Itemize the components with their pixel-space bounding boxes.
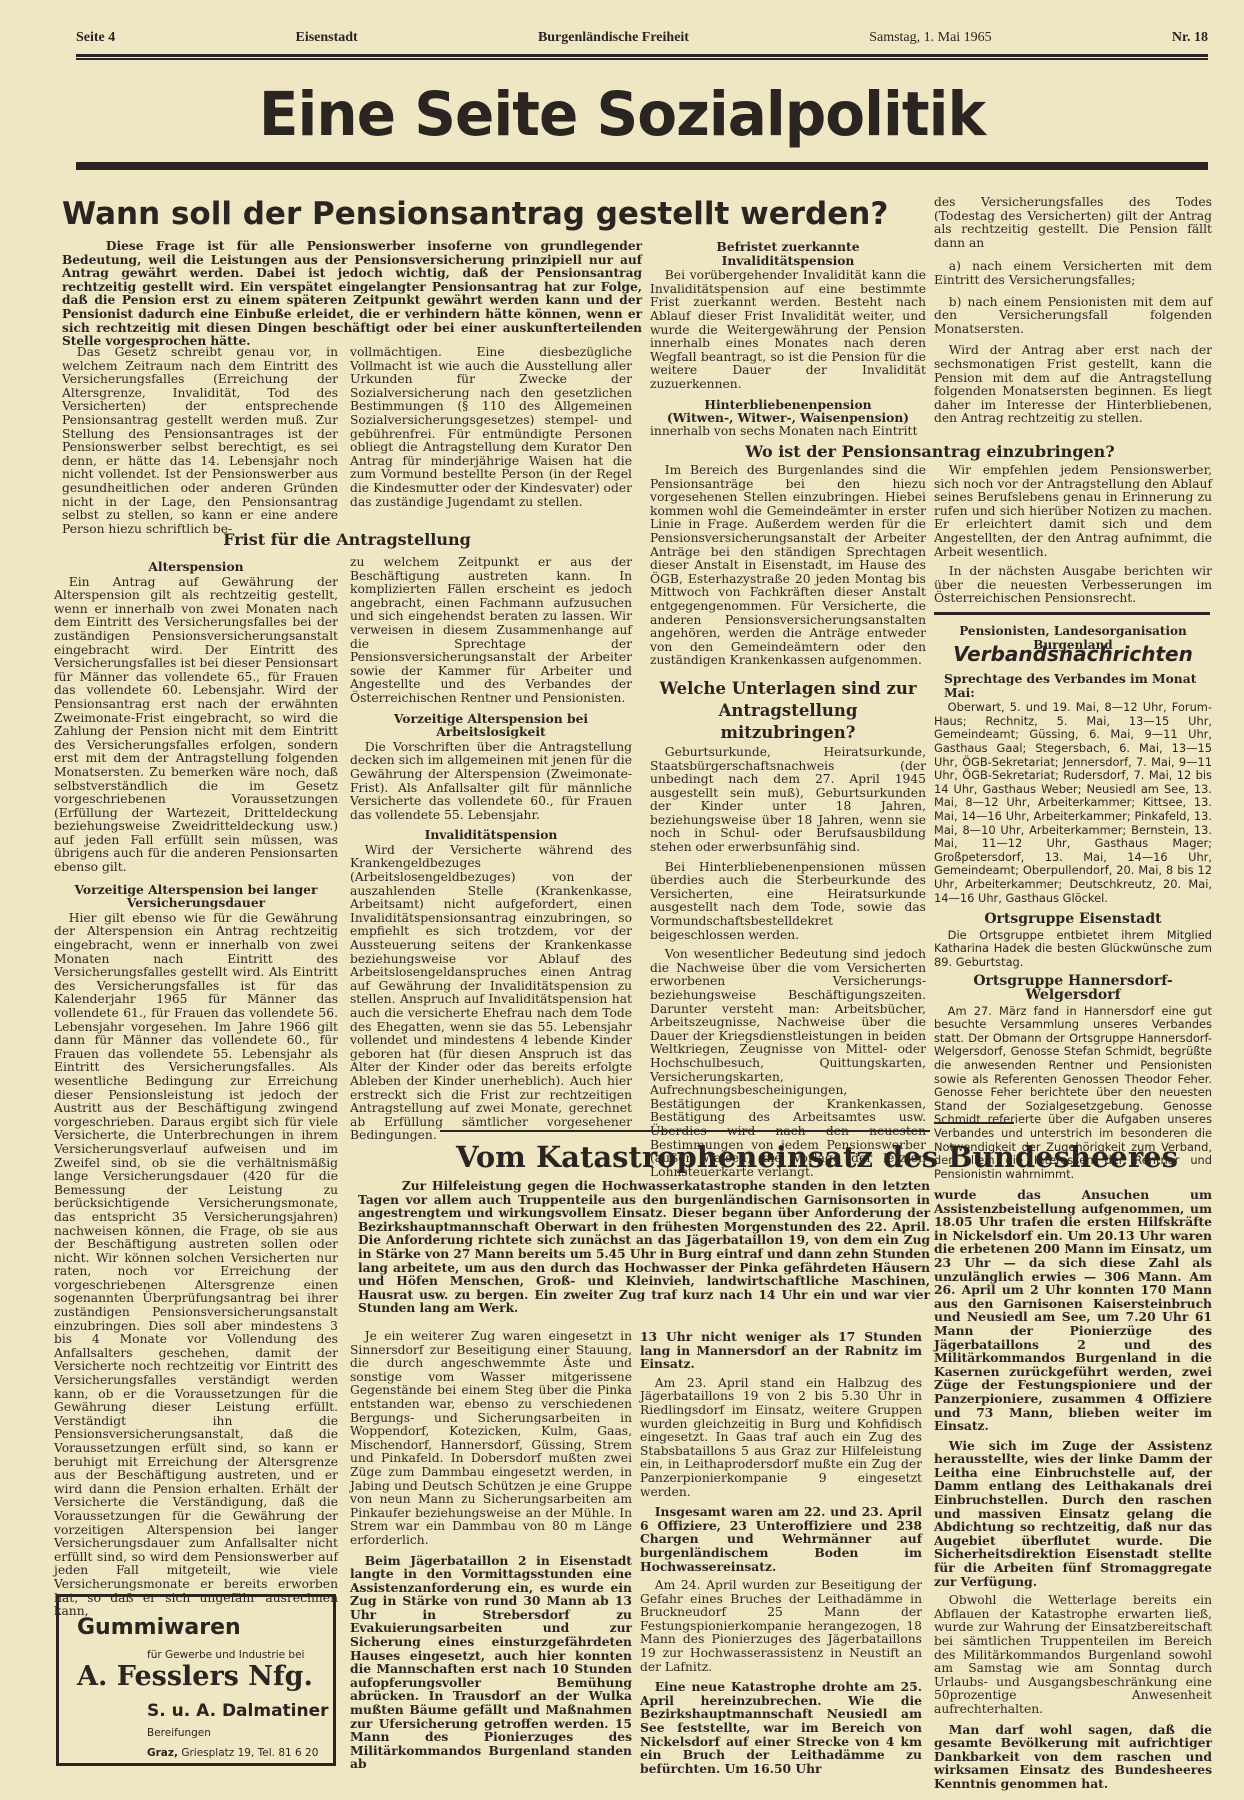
- unterlagen-paragraph-2: Bei Hinterbliebenenpensionen müssen über…: [650, 861, 926, 943]
- subheading-invaliditaetspension: Invaliditätspension: [350, 828, 632, 842]
- next-issue-note: In der nächsten Ausgabe berichten wir üb…: [934, 565, 1212, 606]
- advertisement-gummiwaren: Gummiwaren für Gewerbe und Industrie bei…: [56, 1594, 336, 1766]
- column-3-middle: Im Bereich des Burgenlandes sind die Pen…: [650, 464, 926, 1185]
- intro-column-2: vollmächtigen. Eine diesbezügliche Vollm…: [350, 346, 632, 515]
- hinterbliebenen-text-start: innerhalb von sechs Monaten nach Eintrit…: [650, 425, 926, 439]
- article2-paragraph: wurde das Ansuchen um Assistenzbeistellu…: [934, 1188, 1212, 1433]
- article2-top-rule-right: [934, 1122, 1014, 1124]
- arbeitslosigkeit-text: Die Vorschriften über die Antragstellung…: [350, 741, 632, 823]
- column-4-top: des Versicherungsfalles des Todes (Todes…: [934, 196, 1212, 432]
- subheading-arbeitslosigkeit: Vorzeitige Alterspension bei Arbeitslosi…: [350, 712, 632, 739]
- title-rule: [76, 162, 1208, 170]
- issue-date: Samstag, 1. Mai 1965: [869, 30, 992, 46]
- ad-headline: Gummiwaren: [77, 1615, 241, 1640]
- article2-paragraph: Beim Jägerbataillon 2 in Eisenstadt lang…: [350, 1554, 632, 1772]
- ad-street-phone: Griesplatz 19, Tel. 81 6 20: [181, 1747, 318, 1759]
- subheading-befristet: Befristet zuerkannte Invaliditätspension: [650, 240, 926, 267]
- unterlagen-paragraph-1: Geburtsurkunde, Heiratsurkunde, Staatsbü…: [650, 746, 926, 855]
- section-divider: [934, 612, 1210, 615]
- intro-column-1: Das Gesetz schreibt genau vor, in welche…: [62, 346, 338, 542]
- befristet-text: Bei vorübergehender Invalidität kann die…: [650, 269, 926, 391]
- article2-paragraph: Man darf wohl sagen, daß die gesamte Bev…: [934, 1723, 1212, 1791]
- wo-recommendation: Wir empfehlen jedem Pensionswerber, sich…: [934, 464, 1212, 559]
- article2-column-c: wurde das Ansuchen um Assistenzbeistellu…: [934, 1188, 1212, 1797]
- alterspension-text: Ein Antrag auf Gewährung der Alterspensi…: [54, 576, 338, 875]
- article2-column-a: Je ein weiterer Zug waren eingesetzt in …: [350, 1330, 632, 1777]
- ad-city: Graz,: [147, 1747, 178, 1759]
- masthead: Seite 4 Eisenstadt Burgenländische Freih…: [76, 30, 1208, 52]
- article-lead: Diese Frage ist für alle Pensionswerber …: [62, 240, 642, 349]
- sprechtage-heading: Sprechtage des Verbandes im Monat Mai:: [934, 672, 1212, 699]
- article2-lead: Zur Hilfeleistung gegen die Hochwasserka…: [358, 1180, 930, 1316]
- intro-paragraph: Das Gesetz schreibt genau vor, in welche…: [62, 346, 338, 536]
- article2-top-rule: [440, 1130, 930, 1132]
- subheading-alterspension: Alterspension: [54, 560, 338, 574]
- page-number: Seite 4: [76, 30, 115, 46]
- article2-paragraph: Insgesamt waren am 22. und 23. April 6 O…: [640, 1505, 922, 1573]
- article2-paragraph: Eine neue Katastrophe drohte am 25. Apri…: [640, 1680, 922, 1775]
- ad-products: Bereifungen: [147, 1727, 211, 1739]
- hinterbliebenen-text-after: Wird der Antrag aber erst nach der sechs…: [934, 344, 1212, 426]
- wo-text: Im Bereich des Burgenlandes sind die Pen…: [650, 464, 926, 668]
- newspaper-name: Burgenländische Freiheit: [538, 30, 689, 46]
- ad-address: Graz, Griesplatz 19, Tel. 81 6 20: [147, 1747, 318, 1759]
- page-title: Eine Seite Sozialpolitik: [0, 78, 1244, 149]
- frist-column-1: Alterspension Ein Antrag auf Gewährung d…: [54, 556, 338, 1625]
- verband-column: Sprechtage des Verbandes im Monat Mai: O…: [934, 672, 1212, 1187]
- article2-paragraph: Je ein weiterer Zug waren eingesetzt in …: [350, 1330, 632, 1548]
- section-heading-frist: Frist für die Antragstellung: [62, 530, 632, 549]
- article2-paragraph: Wie sich im Zuge der Assistenz herausste…: [934, 1439, 1212, 1589]
- article-headline-pensionsantrag: Wann soll der Pensionsantrag gestellt we…: [62, 196, 932, 232]
- hinterbliebenen-text-cont: des Versicherungsfalles des Todes (Todes…: [934, 196, 1212, 250]
- list-item-b: b) nach einem Pensionisten mit dem auf d…: [934, 296, 1212, 337]
- article2-paragraph: Am 24. April wurden zur Beseitigung der …: [640, 1579, 922, 1674]
- ad-subline: für Gewerbe und Industrie bei: [147, 1649, 304, 1661]
- subheading-witwen: (Witwen-, Witwer-, Waisenpension): [650, 411, 926, 425]
- column-3-top: Befristet zuerkannte Invaliditätspension…: [650, 240, 926, 444]
- article2-paragraph: Am 23. April stand ein Halbzug des Jäger…: [640, 1377, 922, 1499]
- invaliditaetspension-text: Wird der Versicherte während des Kranken…: [350, 844, 632, 1143]
- list-item-a: a) nach einem Versicherten mit dem Eintr…: [934, 260, 1212, 287]
- verband-heading: Verbandsnachrichten: [934, 642, 1212, 666]
- subheading-hinterbliebenenpension: Hinterbliebenenpension: [650, 398, 926, 412]
- section-heading-unterlagen: Welche Unterlagen sind zur Antragstellun…: [650, 678, 926, 744]
- lange-versicherungsdauer-text: Hier gilt ebenso wie für die Gewährung d…: [54, 912, 338, 1619]
- lead-paragraph: Diese Frage ist für alle Pensionswerber …: [62, 240, 642, 349]
- ortsgruppe-eisenstadt-text: Die Ortsgruppe entbietet ihrem Mitglied …: [934, 929, 1212, 970]
- ad-owners: S. u. A. Dalmatiner: [147, 1701, 329, 1721]
- ad-company: A. Fesslers Nfg.: [77, 1661, 313, 1692]
- frist-column-2: zu welchem Zeitpunkt er aus der Beschäft…: [350, 556, 632, 1149]
- article2-paragraph: 13 Uhr nicht weniger als 17 Stunden lang…: [640, 1330, 922, 1371]
- masthead-rule: [76, 54, 1208, 60]
- article2-paragraph: Obwohl die Wetterlage bereits ein Abflau…: [934, 1594, 1212, 1716]
- column-4-wo: Wir empfehlen jedem Pensionswerber, sich…: [934, 464, 1212, 612]
- masthead-place: Eisenstadt: [295, 30, 357, 46]
- intro-paragraph-cont: vollmächtigen. Eine diesbezügliche Vollm…: [350, 346, 632, 509]
- article2-column-b: 13 Uhr nicht weniger als 17 Stunden lang…: [640, 1330, 922, 1781]
- ortsgruppe-eisenstadt-heading: Ortsgruppe Eisenstadt: [934, 913, 1212, 927]
- issue-number: Nr. 18: [1172, 30, 1208, 46]
- article-headline-katastropheneinsatz: Vom Katastropheneinsatz des Bundesheeres: [456, 1140, 1236, 1174]
- sprechtage-text: Oberwart, 5. und 19. Mai, 8—12 Uhr, Foru…: [934, 701, 1212, 905]
- subheading-lange-versicherungsdauer: Vorzeitige Alterspension bei langer Vers…: [54, 883, 338, 910]
- article2-lead-paragraph: Zur Hilfeleistung gegen die Hochwasserka…: [358, 1180, 930, 1316]
- ortsgruppe-hannersdorf-heading: Ortsgruppe Hannersdorf-Welgersdorf: [934, 975, 1212, 1002]
- section-heading-wo: Wo ist der Pensionsantrag einzubringen?: [650, 442, 1210, 461]
- frist-continued-text: zu welchem Zeitpunkt er aus der Beschäft…: [350, 556, 632, 706]
